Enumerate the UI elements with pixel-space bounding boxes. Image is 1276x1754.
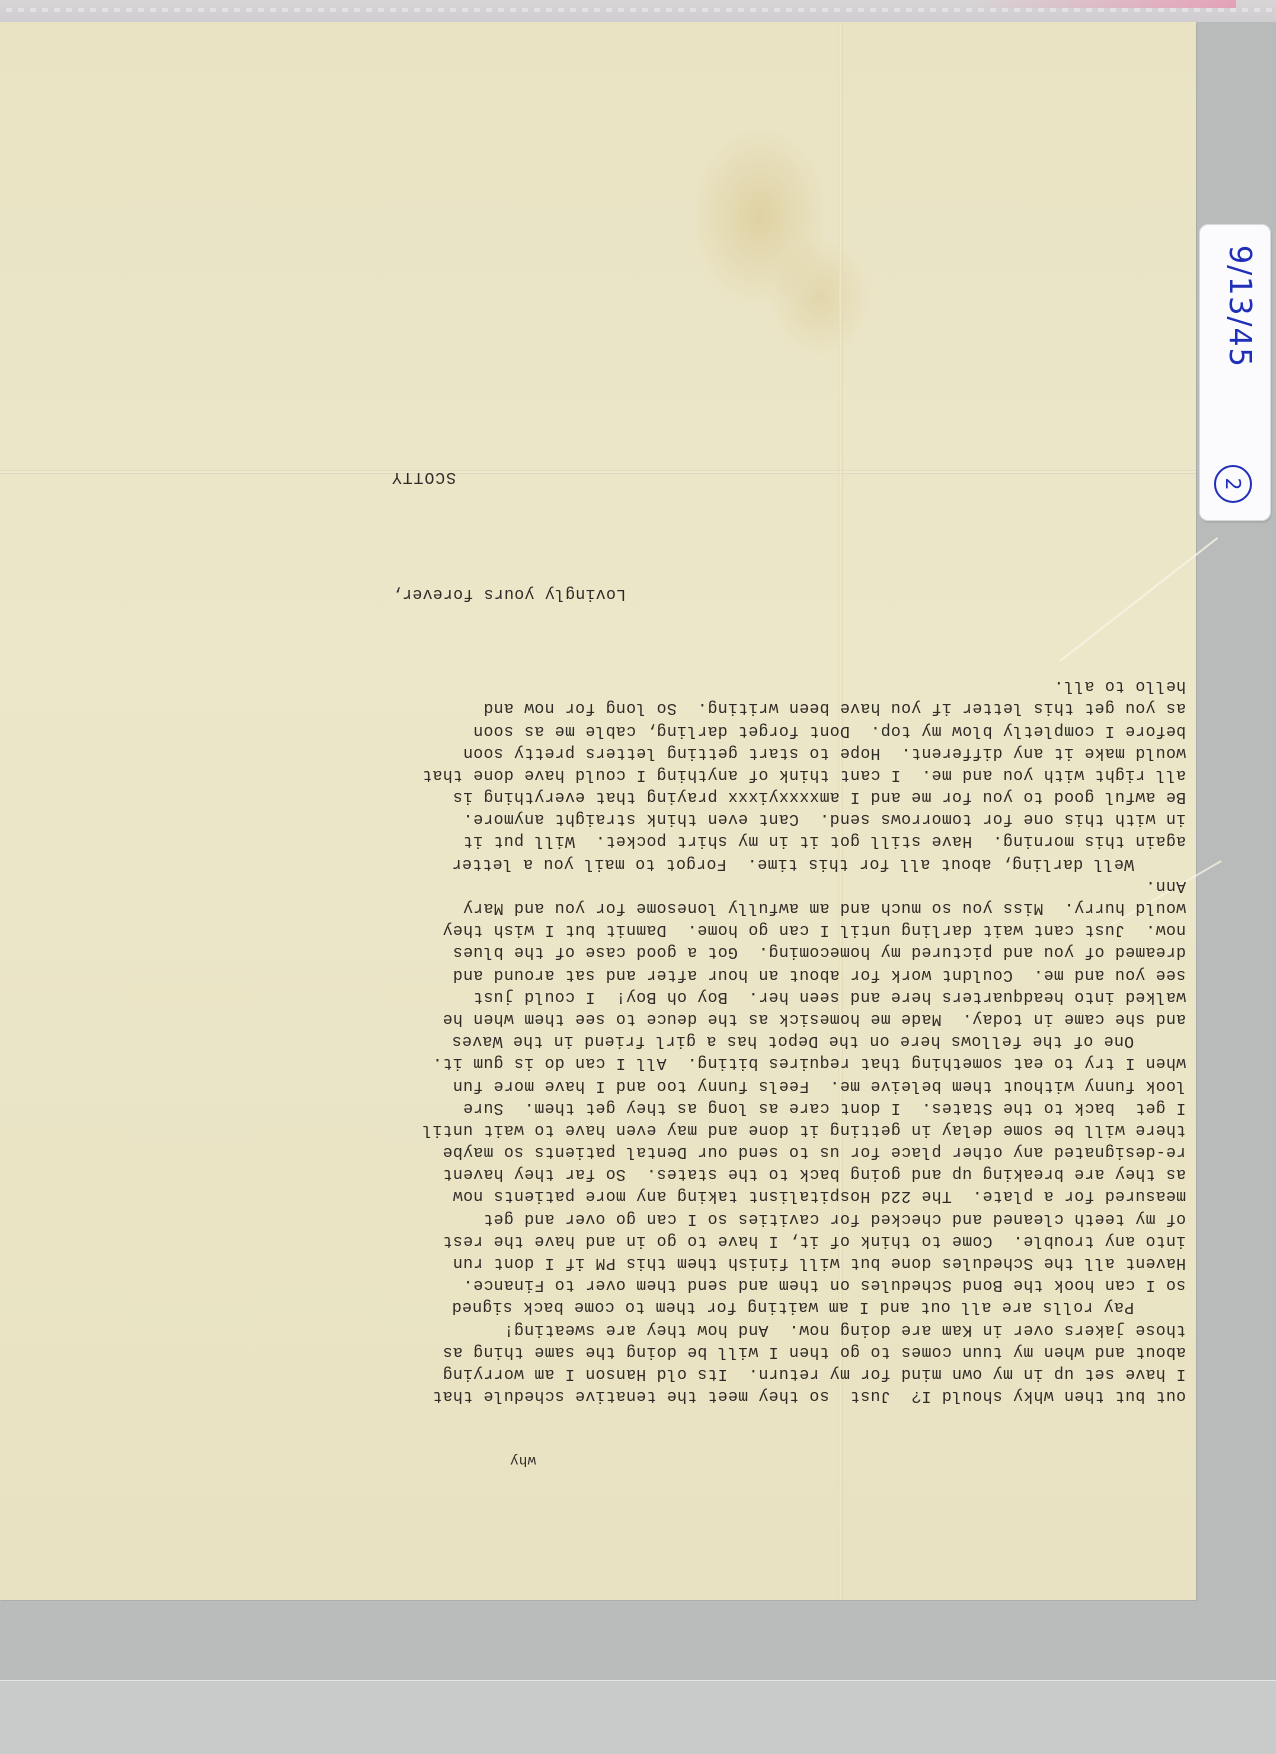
- letter-line: all right with you and me. I cant think …: [78, 764, 1186, 786]
- letter-line: re-designated any other place for us to …: [78, 1141, 1186, 1163]
- letter-line: Be awful good to you for me and I amxxxx…: [78, 786, 1186, 808]
- letter-line: as they are breaking up and going back t…: [78, 1163, 1186, 1185]
- scanner-background-bottom: [0, 1600, 1276, 1681]
- letter-line: in with this one for tomorrows send. Can…: [78, 808, 1186, 830]
- page-number-circled: 2: [1214, 465, 1252, 503]
- letter-line: look funny without them beleive me. Feel…: [78, 1074, 1186, 1096]
- letter-line: so I can hook the Bond Schedules on them…: [78, 1274, 1186, 1296]
- letter-line: hello to all.: [78, 675, 1186, 697]
- sleeve-perforation: [0, 8, 1276, 12]
- letter-line: Well darling, about all for this time. F…: [78, 853, 1186, 875]
- letter-line: before I completly blow my top. Dont for…: [78, 719, 1186, 741]
- handwritten-date: 9/13/45: [1222, 245, 1257, 368]
- letter-text-upside-down: why out but then whky should I? Just so …: [78, 552, 1186, 1512]
- sleeve-color-tint: [976, 0, 1236, 8]
- letter-line: into any trouble. Come to think of it, I…: [78, 1230, 1186, 1252]
- letter-line: of my teeth cleaned and checked for cavi…: [78, 1208, 1186, 1230]
- letter-line: as you get this letter if you have been …: [78, 697, 1186, 719]
- letter-line: measured for a plate. The 22d Hospitalis…: [78, 1185, 1186, 1207]
- letter-line: see you and me. Couldnt work for about a…: [78, 963, 1186, 985]
- scanner-bed-edge: [0, 1681, 1276, 1754]
- letter-line: dreamed of you and pictured my homecomin…: [78, 941, 1186, 963]
- plastic-sleeve-top-edge: [0, 0, 1276, 23]
- letter-line: those jakers over in Kam are doing now. …: [78, 1318, 1186, 1340]
- letter-line: walked into headquarters here and seen h…: [78, 986, 1186, 1008]
- letter-line: when I try to eat something that require…: [78, 1052, 1186, 1074]
- letter-closing: Lovingly yours forever,: [78, 582, 1186, 604]
- letter-line: One of the fellows here on the Depot has…: [78, 1030, 1186, 1052]
- letter-signature: SCOTTY: [78, 466, 1186, 488]
- letter-line: Ann.: [78, 875, 1186, 897]
- letter-line: out but then whky should I? Just so they…: [78, 1385, 1186, 1407]
- letter-line: about and when my tuun comes to go then …: [78, 1341, 1186, 1363]
- letter-line: there will be some delay in getting it d…: [78, 1119, 1186, 1141]
- letter-line: again this morning. Have still got it in…: [78, 830, 1186, 852]
- letter-line: I get back to the States. I dont care as…: [78, 1097, 1186, 1119]
- letter-line: and she came in today. Made me homesick …: [78, 1008, 1186, 1030]
- letter-line: Havent all the Schedules done but will f…: [78, 1252, 1186, 1274]
- letter-line: would make it any different. Hope to sta…: [78, 742, 1186, 764]
- letter-body: out but then whky should I? Just so they…: [78, 675, 1186, 1407]
- inserted-word-why: why: [78, 1452, 1186, 1468]
- letter-line: Pay rolls are all out and I am waiting f…: [78, 1296, 1186, 1318]
- letter-line: I have set up in my own mind for my retu…: [78, 1363, 1186, 1385]
- letter-line: now. Just cant wait darling until I can …: [78, 919, 1186, 941]
- archive-date-label: 9/13/45 2: [1200, 225, 1270, 520]
- letter-line: would hurry. Miss you so much and am awf…: [78, 897, 1186, 919]
